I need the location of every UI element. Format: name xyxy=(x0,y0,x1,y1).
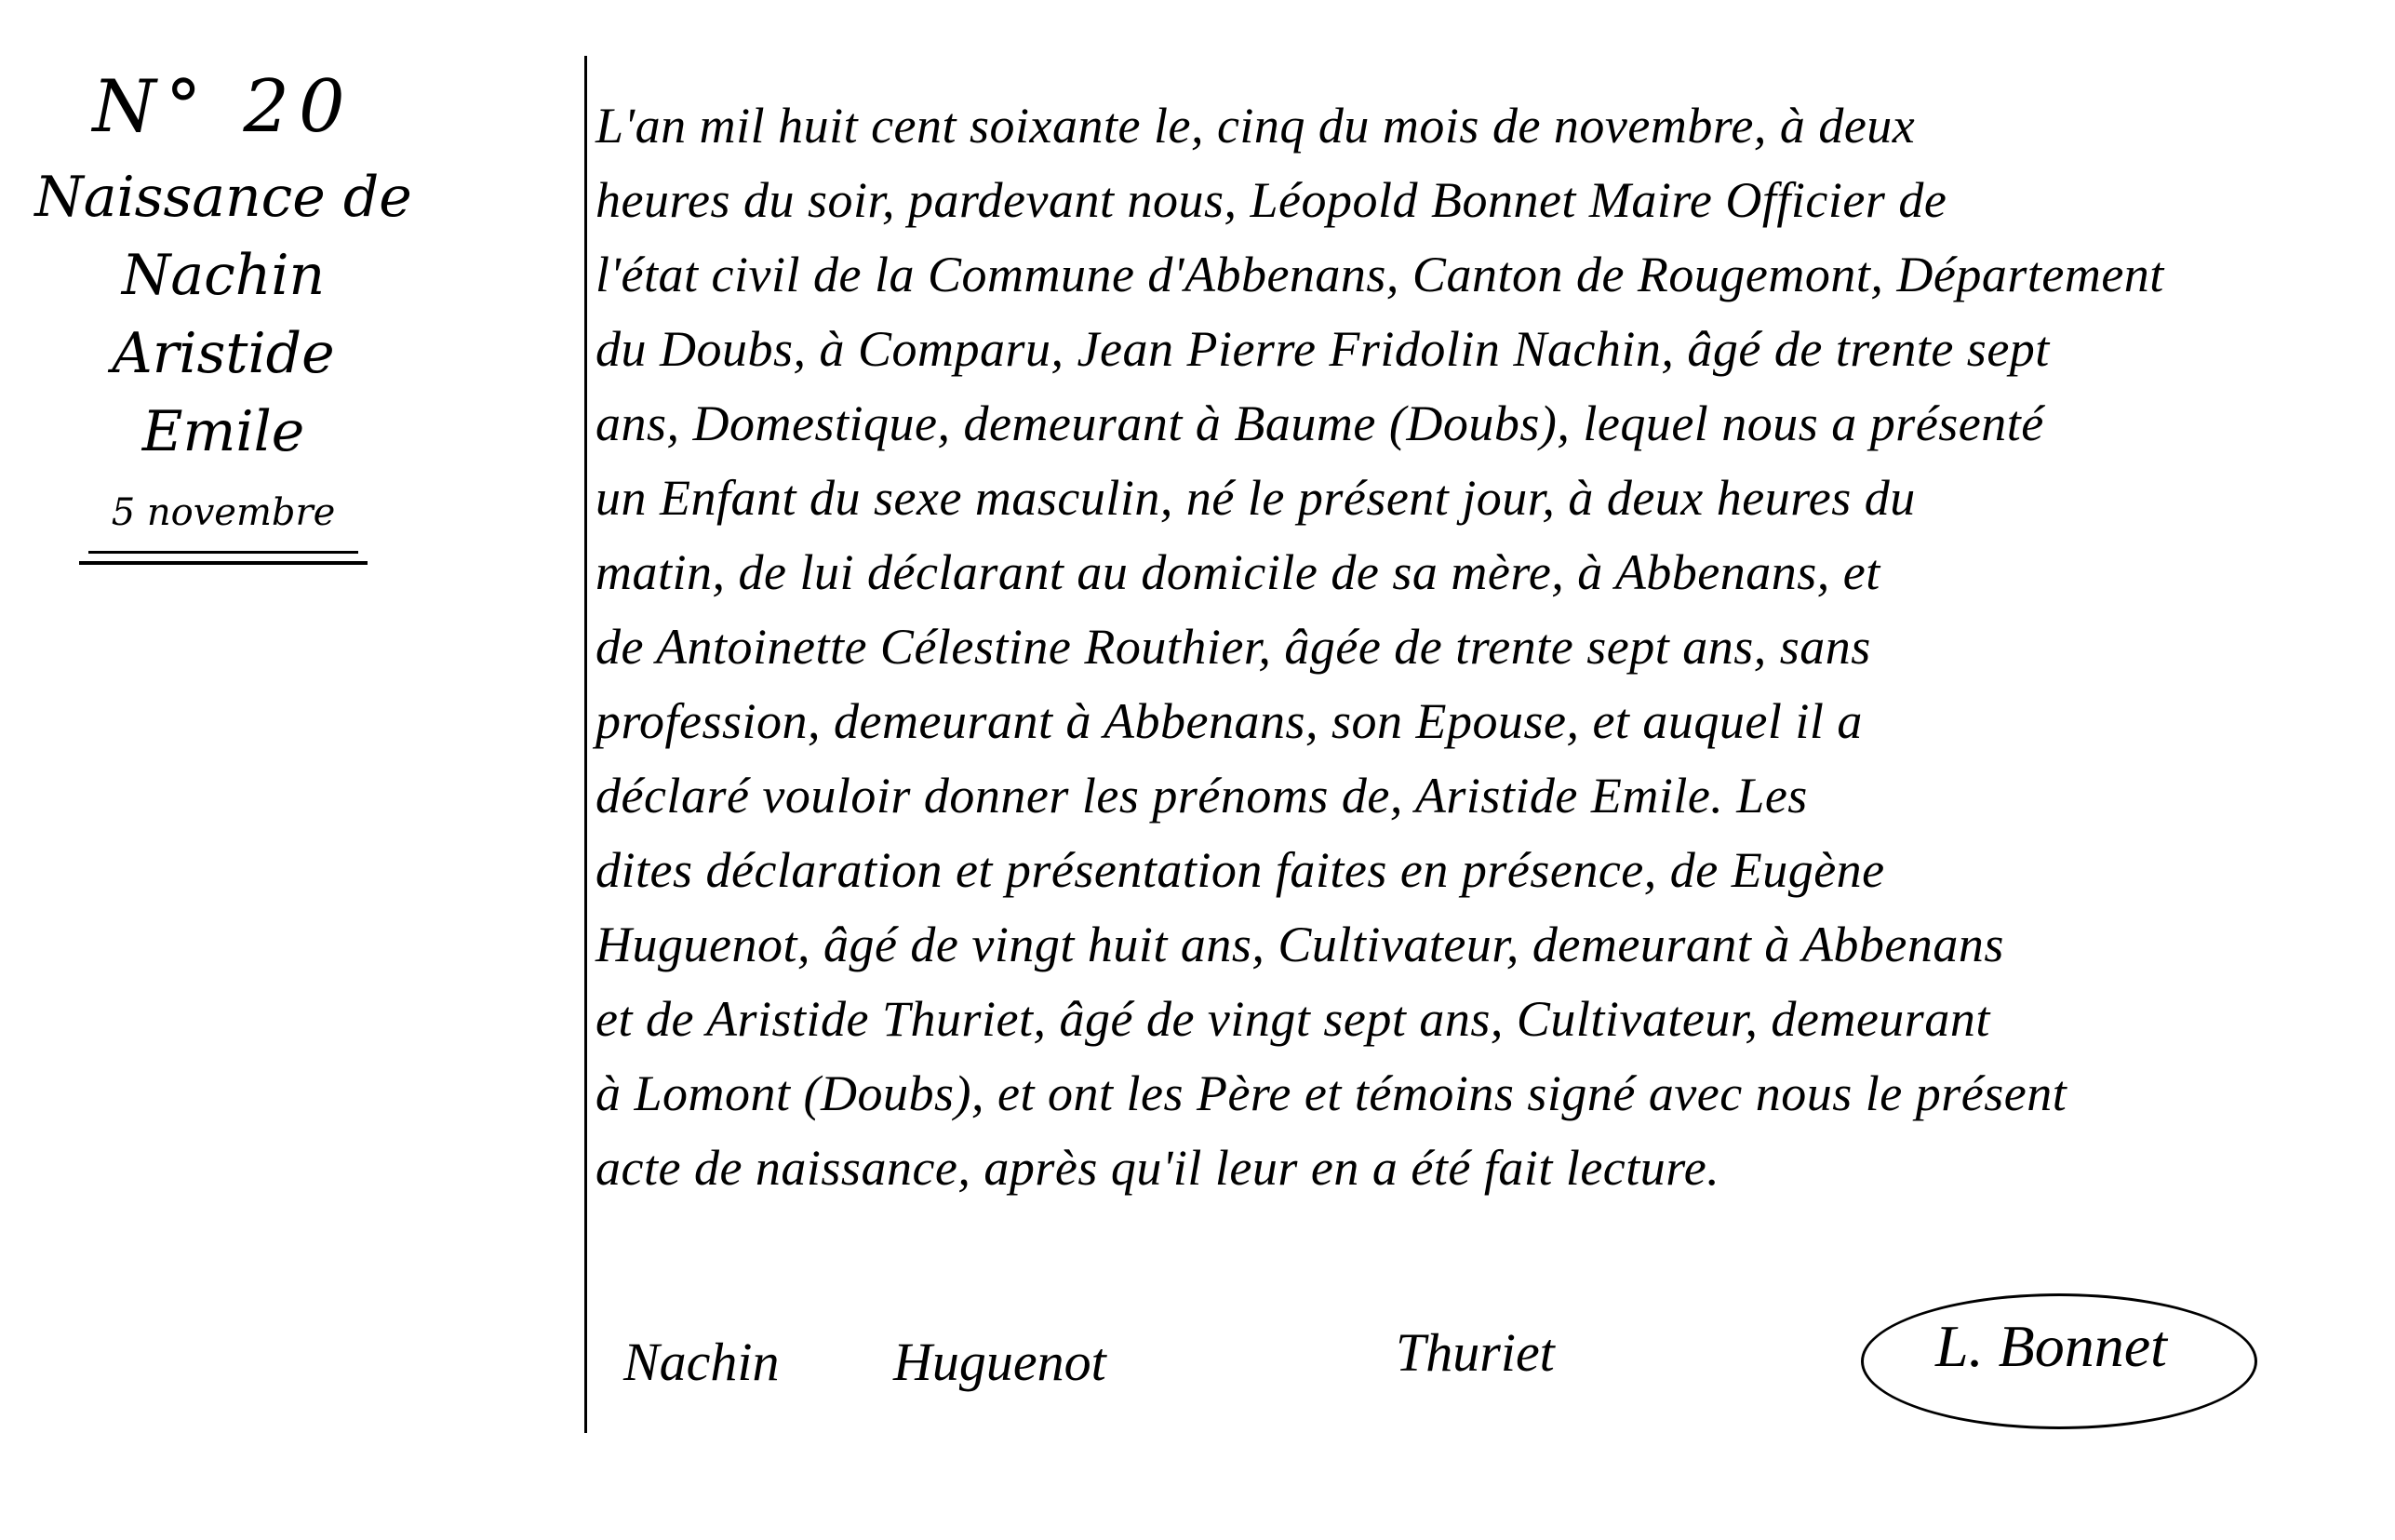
body-line: heures du soir, pardevant nous, Léopold … xyxy=(595,163,2363,237)
signature-mayor-name: L. Bonnet xyxy=(1935,1312,2167,1381)
record-date: 5 novembre xyxy=(28,480,419,545)
record-surname: Nachin xyxy=(28,236,419,315)
record-body: L'an mil huit cent soixante le, cinq du … xyxy=(595,88,2363,1205)
underline-rule xyxy=(88,551,358,554)
body-line: profession, demeurant à Abbenans, son Ep… xyxy=(595,684,2363,758)
body-line: matin, de lui déclarant au domicile de s… xyxy=(595,535,2363,609)
signature-mayor: L. Bonnet xyxy=(1824,1284,2289,1452)
margin-note: N° 20 Naissance de Nachin Aristide Emile… xyxy=(28,56,419,565)
body-line: et de Aristide Thuriet, âgé de vingt sep… xyxy=(595,982,2363,1056)
margin-divider xyxy=(584,56,587,1433)
body-line: du Doubs, à Comparu, Jean Pierre Fridoli… xyxy=(595,312,2363,386)
body-line: ans, Domestique, demeurant à Baume (Doub… xyxy=(595,386,2363,461)
body-line: dites déclaration et présentation faites… xyxy=(595,833,2363,907)
body-line: à Lomont (Doubs), et ont les Père et tém… xyxy=(595,1056,2363,1131)
underline-rule-double xyxy=(79,561,368,565)
record-type: Naissance de xyxy=(28,158,419,236)
body-line: l'état civil de la Commune d'Abbenans, C… xyxy=(595,237,2363,312)
body-line: un Enfant du sexe masculin, né le présen… xyxy=(595,461,2363,535)
body-line: Huguenot, âgé de vingt huit ans, Cultiva… xyxy=(595,907,2363,982)
signature-witness-2: Thuriet xyxy=(1396,1321,1555,1384)
signature-father: Nachin xyxy=(623,1331,780,1393)
body-line: L'an mil huit cent soixante le, cinq du … xyxy=(595,88,2363,163)
body-line: déclaré vouloir donner les prénoms de, A… xyxy=(595,758,2363,833)
signature-witness-1: Huguenot xyxy=(893,1331,1106,1393)
record-number: N° 20 xyxy=(28,56,419,158)
body-line: de Antoinette Célestine Routhier, âgée d… xyxy=(595,609,2363,684)
signatures: Nachin Huguenot Thuriet L. Bonnet xyxy=(623,1321,2373,1424)
record-given-names: Aristide Emile xyxy=(28,315,419,471)
body-line: acte de naissance, après qu'il leur en a… xyxy=(595,1131,2363,1205)
